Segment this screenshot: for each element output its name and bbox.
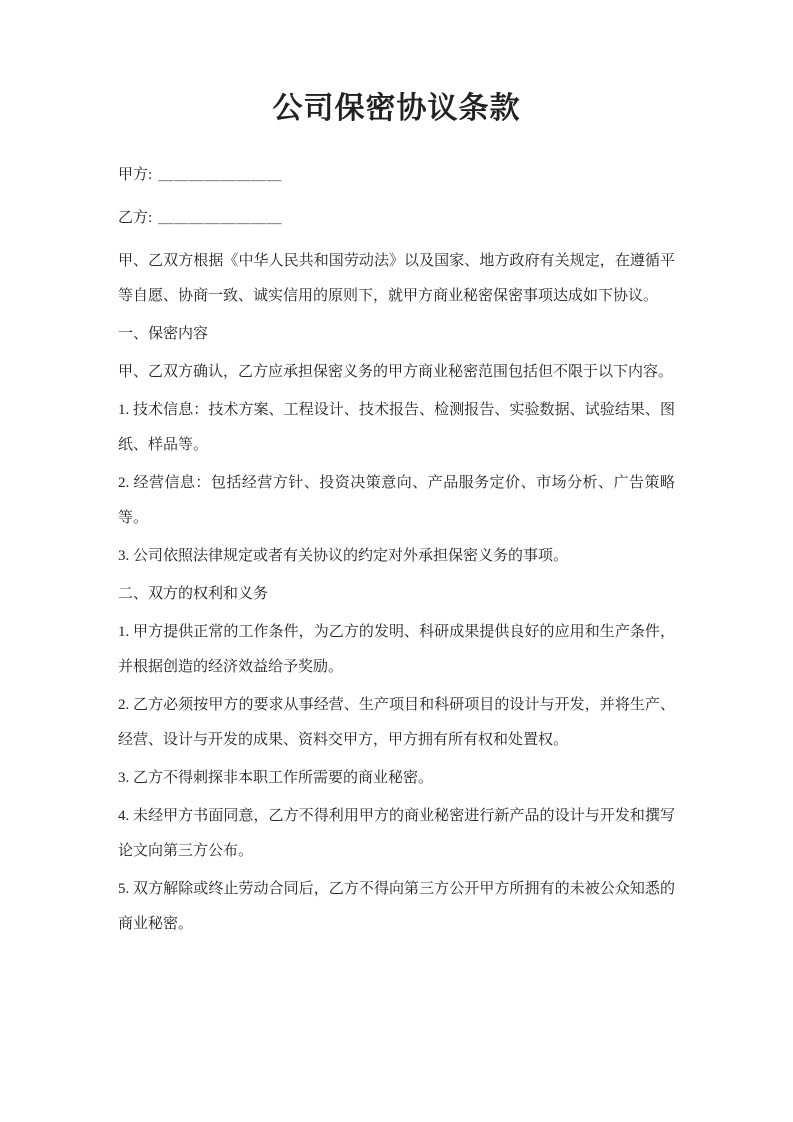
section-2-clause-1: 1. 甲方提供正常的工作条件，为乙方的发明、科研成果提供良好的应用和生产条件，并…	[118, 615, 675, 685]
section-1-heading: 一、保密内容	[118, 317, 675, 352]
section-1-clause-1: 1. 技术信息：技术方案、工程设计、技术报告、检测报告、实验数据、试验结果、图纸…	[118, 393, 675, 463]
section-1-clause-2: 2. 经营信息：包括经营方针、投资决策意向、产品服务定价、市场分析、广告策略等。	[118, 466, 675, 536]
document-page: 公司保密协议条款 甲方:＿＿＿＿＿＿＿＿ 乙方:＿＿＿＿＿＿＿＿ 甲、乙双方根据…	[0, 0, 793, 1122]
party-a-line: 甲方:＿＿＿＿＿＿＿＿	[118, 158, 675, 193]
document-title: 公司保密协议条款	[118, 90, 675, 128]
section-2-heading: 二、双方的权利和义务	[118, 577, 675, 612]
section-1-lead: 甲、乙双方确认，乙方应承担保密义务的甲方商业秘密范围包括但不限于以下内容。	[118, 355, 675, 390]
party-b-blank: ＿＿＿＿＿＿＿＿	[158, 210, 282, 226]
party-a-blank: ＿＿＿＿＿＿＿＿	[158, 167, 282, 183]
party-a-label: 甲方:	[118, 167, 152, 183]
section-2-clause-3: 3. 乙方不得刺探非本职工作所需要的商业秘密。	[118, 761, 675, 796]
party-b-label: 乙方:	[118, 210, 152, 226]
section-2-clause-5: 5. 双方解除或终止劳动合同后，乙方不得向第三方公开甲方所拥有的未被公众知悉的商…	[118, 872, 675, 942]
section-2-clause-2: 2. 乙方必须按甲方的要求从事经营、生产项目和科研项目的设计与开发，并将生产、经…	[118, 688, 675, 758]
intro-paragraph: 甲、乙双方根据《中华人民共和国劳动法》以及国家、地方政府有关规定，在遵循平等自愿…	[118, 244, 675, 314]
section-2-clause-4: 4. 未经甲方书面同意，乙方不得利用甲方的商业秘密进行新产品的设计与开发和撰写论…	[118, 799, 675, 869]
section-1-clause-3: 3. 公司依照法律规定或者有关协议的约定对外承担保密义务的事项。	[118, 539, 675, 574]
party-b-line: 乙方:＿＿＿＿＿＿＿＿	[118, 201, 675, 236]
